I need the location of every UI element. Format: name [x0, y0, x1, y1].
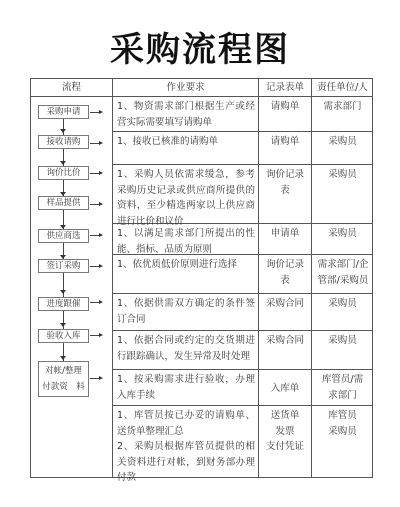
arrow-right-icon — [90, 173, 100, 174]
responsible-cell: 采购员 — [312, 165, 373, 183]
form-cell: 采购合同 — [259, 331, 311, 349]
flow-step-supplier-selection: 供应商选 — [38, 229, 89, 243]
responsible-cell: 库管员 采购员 — [312, 406, 373, 439]
arrow-right-icon — [90, 143, 100, 144]
arrow-right-icon — [90, 302, 100, 303]
flow-step-receive-request: 接收请购 — [38, 135, 89, 149]
arrow-down-icon — [60, 323, 66, 327]
header-form: 记录表单 — [259, 79, 311, 97]
arrow-right-icon — [90, 378, 100, 379]
flow-step-price-inquiry: 询价比价 — [38, 166, 89, 180]
requirement-cell: 1、库管员按已办妥的请购单、送货单整理汇总 2、采购员根据库管员提供的相关资料进… — [113, 406, 258, 486]
form-cell: 询价记录表 — [259, 165, 311, 198]
flow-step-sample-provision: 样品提供 — [38, 196, 89, 210]
arrow-right-icon — [90, 266, 100, 267]
flow-step-inspection-storage: 验收入库 — [38, 329, 89, 343]
flow-step-sign-contract: 签订采购 — [38, 259, 89, 273]
form-cell: 入库单 — [259, 379, 311, 397]
header-flow: 流程 — [31, 79, 112, 97]
form-cell: 请购单 — [259, 132, 311, 150]
responsible-cell: 采购员 — [312, 224, 373, 242]
form-cell: 送货单 发票 支付凭证 — [259, 406, 311, 455]
flow-step-reconcile-payment: 对帐/整理 付款资 料 — [38, 361, 89, 397]
requirement-cell: 1、接收已核准的请购单 — [113, 132, 258, 150]
form-cell: 请购单 — [259, 97, 311, 115]
requirement-cell: 1、采购人员依需求缓急，参考采购历史记录或供应商所提供的资料，至少精选两家以上供… — [113, 165, 258, 229]
arrow-down-icon — [60, 290, 66, 294]
responsible-cell: 需求部门 — [312, 97, 373, 115]
requirement-cell: 1、依优质低价原则进行选择 — [113, 255, 258, 273]
requirement-cell: 1、以满足需求部门所提出的性能、指标、品质为原则 — [113, 224, 258, 257]
requirement-cell: 1、依据合同或约定的交货期进行跟踪确认，发生异常及时处理 — [113, 331, 258, 364]
flow-step-purchase-request: 采购申请 — [38, 105, 89, 119]
header-requirement: 作业要求 — [113, 79, 258, 97]
flow-step-progress-followup: 进度跟催 — [38, 297, 89, 311]
flow-step-label-line2: 付款资 料 — [39, 379, 88, 395]
form-cell: 采购合同 — [259, 294, 311, 312]
responsible-cell: 采购员 — [312, 294, 373, 312]
requirement-cell: 1、按采购需求进行验收，办理入库手续 — [113, 370, 258, 403]
requirement-cell: 1、依据供需双方确定的条件签订合同 — [113, 294, 258, 327]
arrow-right-icon — [90, 112, 100, 113]
page-title: 采购流程图 — [0, 22, 400, 71]
flow-step-label-line1: 对帐/整理 — [39, 363, 88, 379]
form-cell: 询价记录表 — [259, 255, 311, 288]
procurement-table: 流程 作业要求 记录表单 责任单位/人 采购申请 接收请购 询价比价 样品提供 … — [30, 78, 373, 478]
arrow-right-icon — [90, 204, 100, 205]
arrow-right-icon — [90, 335, 100, 336]
arrow-down-icon — [60, 356, 66, 360]
form-cell: 申请单 — [259, 224, 311, 242]
requirement-cell: 1、物资需求部门根据生产或经营实际需要填写请购单 — [113, 97, 258, 130]
responsible-cell: 采购员 — [312, 132, 373, 150]
responsible-cell: 库管员/需求部门 — [312, 370, 373, 403]
arrow-down-icon — [60, 161, 66, 165]
arrow-right-icon — [90, 235, 100, 236]
header-responsible: 责任单位/人 — [312, 79, 373, 97]
responsible-cell: 采购员 — [312, 331, 373, 349]
arrow-down-icon — [60, 129, 66, 133]
responsible-cell: 需求部门/企管部/采购员 — [312, 255, 373, 288]
